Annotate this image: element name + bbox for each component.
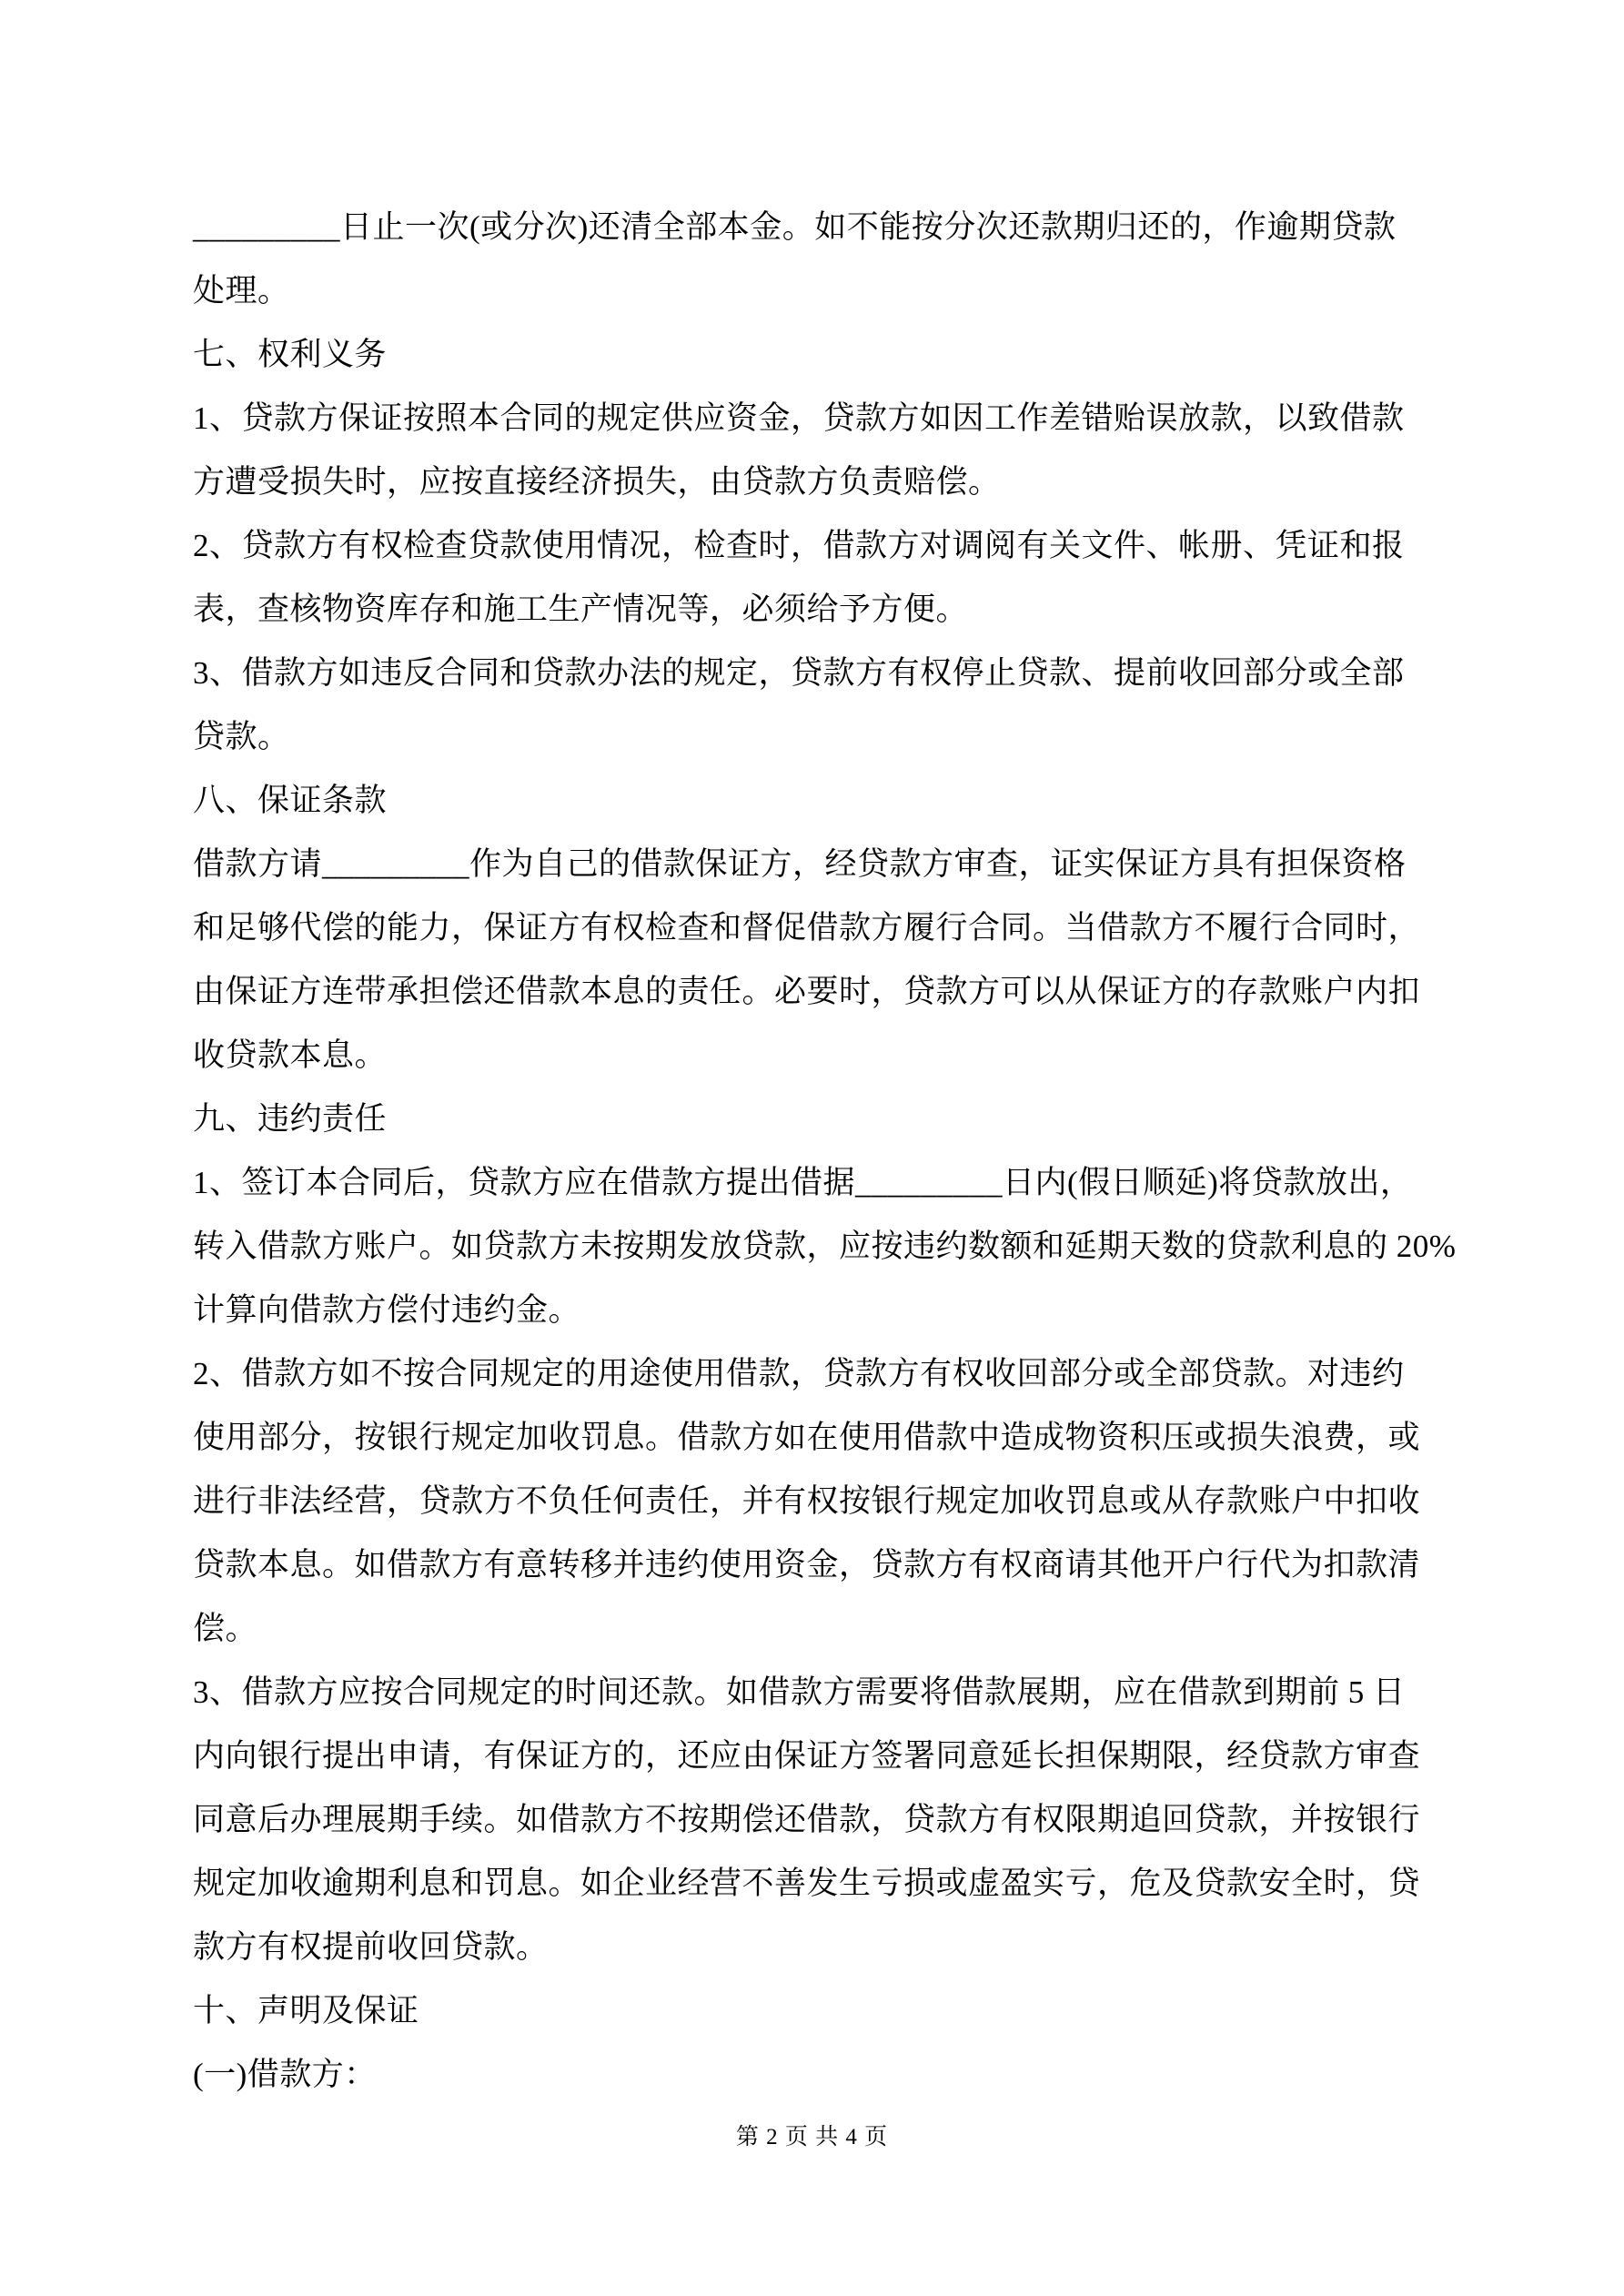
document-line: 使用部分，按银行规定加收罚息。借款方如在使用借款中造成物资积压或损失浪费，或 xyxy=(193,1406,1432,1470)
document-line: 款方有权提前收回贷款。 xyxy=(193,1916,1432,1979)
document-line: 偿。 xyxy=(193,1597,1432,1661)
document-line: 收贷款本息。 xyxy=(193,1024,1432,1087)
document-line: 和足够代偿的能力，保证方有权检查和督促借款方履行合同。当借款方不履行合同时， xyxy=(193,896,1432,960)
document-line: 处理。 xyxy=(193,259,1432,323)
document-line: 表，查核物资库存和施工生产情况等，必须给予方便。 xyxy=(193,578,1432,642)
section-heading-guarantee-clause: 八、保证条款 xyxy=(193,769,1432,833)
document-line: 1、签订本合同后，贷款方应在借款方提出借据_________日内(假日顺延)将贷… xyxy=(193,1151,1432,1215)
section-heading-breach-liability: 九、违约责任 xyxy=(193,1087,1432,1151)
document-line: 规定加收逾期利息和罚息。如企业经营不善发生亏损或虚盈实亏，危及贷款安全时，贷 xyxy=(193,1852,1432,1916)
document-line: (一)借款方： xyxy=(193,2043,1432,2107)
document-line: 由保证方连带承担偿还借款本息的责任。必要时，贷款方可以从保证方的存款账户内扣 xyxy=(193,960,1432,1024)
document-line: 贷款。 xyxy=(193,705,1432,769)
section-heading-rights-obligations: 七、权利义务 xyxy=(193,323,1432,387)
document-line: 1、贷款方保证按照本合同的规定供应资金，贷款方如因工作差错贻误放款，以致借款 xyxy=(193,387,1432,450)
document-line: 同意后办理展期手续。如借款方不按期偿还借款，贷款方有权限期追回贷款，并按银行 xyxy=(193,1788,1432,1852)
document-line: 贷款本息。如借款方有意转移并违约使用资金，贷款方有权商请其他开户行代为扣款清 xyxy=(193,1533,1432,1597)
document-line: 借款方请_________作为自己的借款保证方，经贷款方审查，证实保证方具有担保… xyxy=(193,833,1432,896)
document-line: 2、借款方如不按合同规定的用途使用借款，贷款方有权收回部分或全部贷款。对违约 xyxy=(193,1342,1432,1406)
document-line: 3、借款方应按合同规定的时间还款。如借款方需要将借款展期，应在借款到期前 5 日 xyxy=(193,1661,1432,1725)
contract-body: _________日止一次(或分次)还清全部本金。如不能按分次还款期归还的，作逾… xyxy=(193,196,1432,2107)
document-line: 进行非法经营，贷款方不负任何责任，并有权按银行规定加收罚息或从存款账户中扣收 xyxy=(193,1470,1432,1533)
page-number-footer: 第 2 页 共 4 页 xyxy=(0,2124,1624,2151)
document-page: _________日止一次(或分次)还清全部本金。如不能按分次还款期归还的，作逾… xyxy=(0,0,1624,2296)
document-line: 3、借款方如违反合同和贷款办法的规定，贷款方有权停止贷款、提前收回部分或全部 xyxy=(193,642,1432,705)
document-line: 计算向借款方偿付违约金。 xyxy=(193,1279,1432,1342)
document-line: _________日止一次(或分次)还清全部本金。如不能按分次还款期归还的，作逾… xyxy=(193,196,1432,259)
document-line: 转入借款方账户。如贷款方未按期发放贷款，应按违约数额和延期天数的贷款利息的 20… xyxy=(193,1215,1432,1279)
document-line: 2、贷款方有权检查贷款使用情况，检查时，借款方对调阅有关文件、帐册、凭证和报 xyxy=(193,514,1432,578)
document-line: 内向银行提出申请，有保证方的，还应由保证方签署同意延长担保期限，经贷款方审查 xyxy=(193,1725,1432,1788)
document-line: 方遭受损失时，应按直接经济损失，由贷款方负责赔偿。 xyxy=(193,450,1432,514)
section-heading-declaration-guarantee: 十、声明及保证 xyxy=(193,1979,1432,2043)
